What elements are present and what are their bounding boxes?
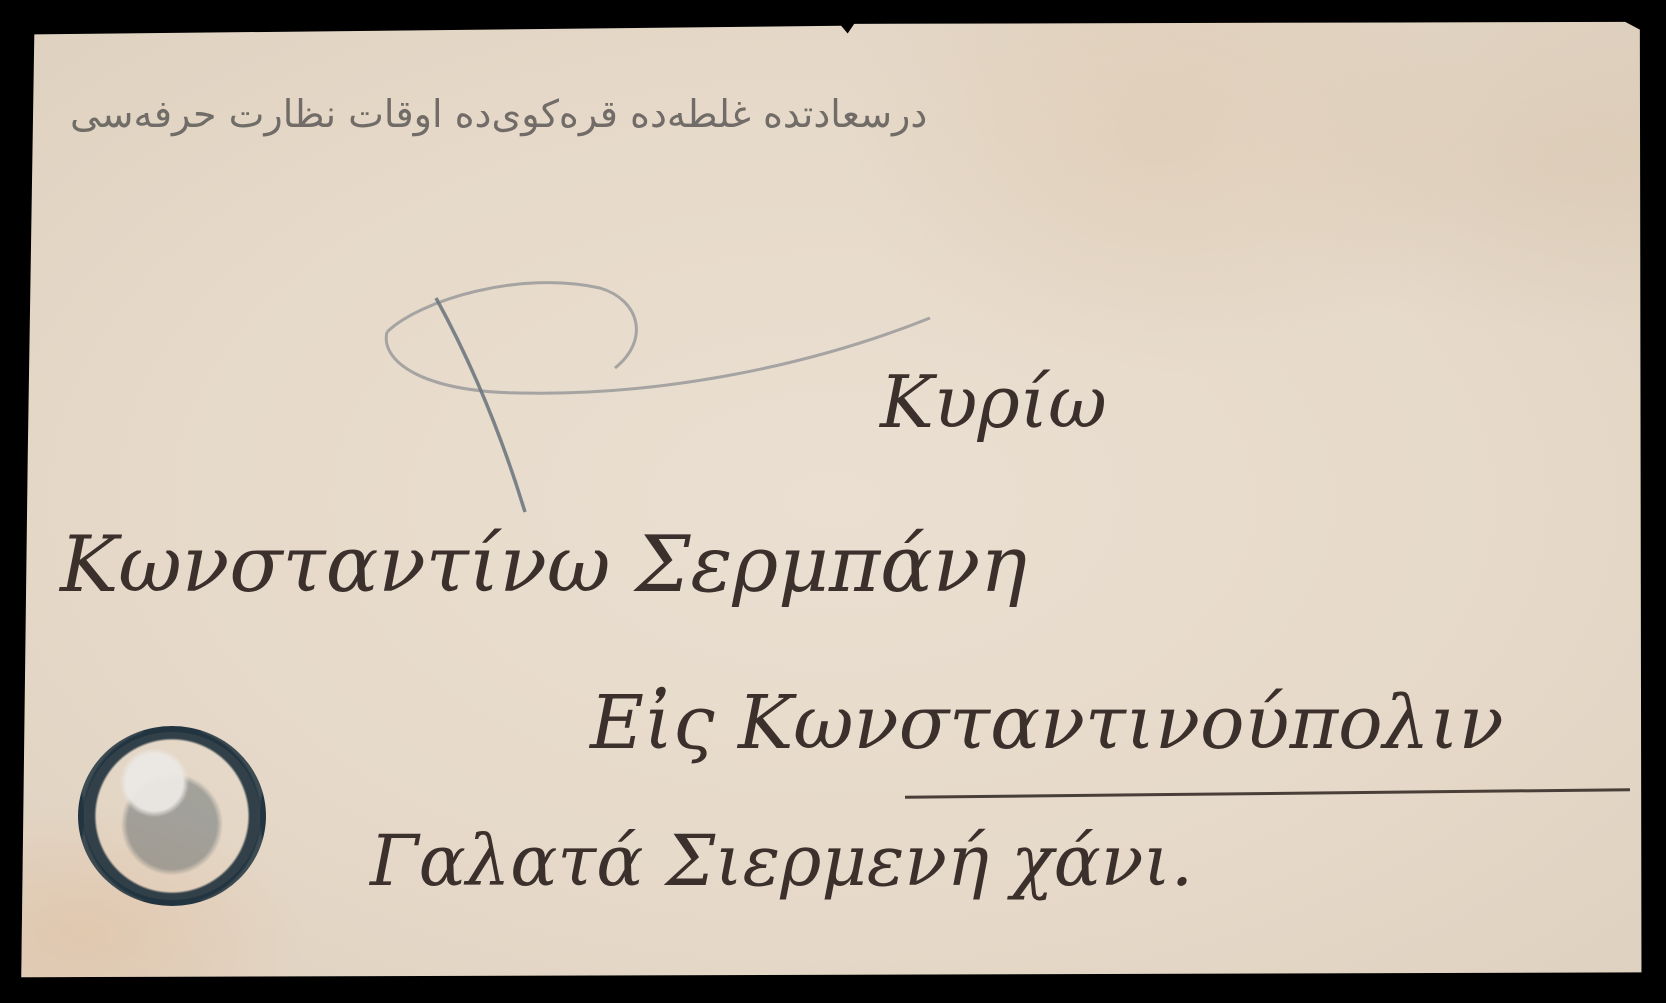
address-line-city: Εἰς Κωνσταντινούπολιν <box>590 680 1504 766</box>
seal-stamp-icon <box>78 726 266 906</box>
address-line-location: Γαλατά Σιερμενή χάνι. <box>370 820 1193 902</box>
address-line-salutation: Κυρίω <box>880 360 1107 444</box>
ottoman-inscription: درسعادتده غلطه‌ده قره‌کوی‌ده اوقات نظارت… <box>70 92 927 136</box>
address-line-recipient: Κωνσταντίνω Σερμπάνη <box>60 520 1027 610</box>
